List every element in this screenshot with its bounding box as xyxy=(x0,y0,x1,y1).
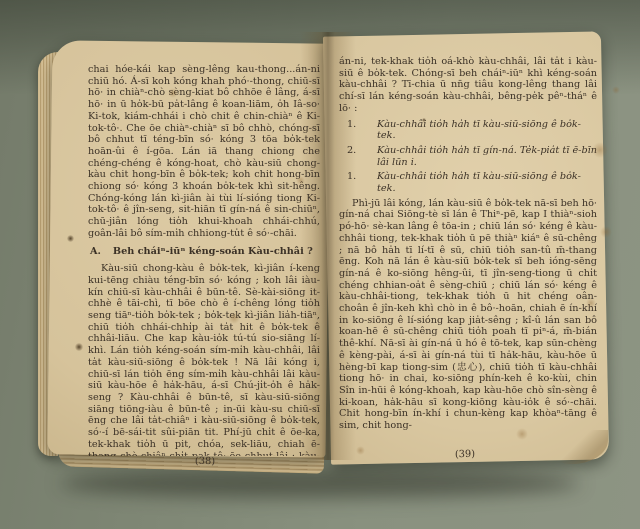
list-item: 1. Kàu-chhâi tio̍h ha̍h tī kàu-siū-siōng… xyxy=(339,119,597,142)
list-item-number: 1. xyxy=(339,171,377,194)
list-item: 1. Kàu-chhâi tio̍h ha̍h tī kàu-siū-siōng… xyxy=(339,171,597,194)
list-item-text: Kàu-chhâi tio̍h ha̍h tī kàu-siū-siōng ê … xyxy=(377,119,597,142)
list-item-number: 1. xyxy=(339,119,377,142)
section-heading-title: Beh cháiⁿ-iūⁿ kéng-soán Kàu-chhâi ? xyxy=(113,246,313,257)
section-heading-label: A. xyxy=(90,246,101,257)
list-item-text: Kàu-chhâi tio̍h ha̍h tī kàu-siū-siōng ê … xyxy=(377,171,597,194)
open-book-photo: chai hóe-kái kap sèng-lêng kau-thong...á… xyxy=(0,0,640,529)
section-heading: A.Beh cháiⁿ-iūⁿ kéng-soán Kàu-chhâi ? xyxy=(90,246,320,258)
paragraph-continuation: án-ni, tek-khak tio̍h oá-khò kàu-chhâi, … xyxy=(339,56,597,115)
left-page-text-block: chai hóe-kái kap sèng-lêng kau-thong...á… xyxy=(88,64,320,456)
list-item-number: 2. xyxy=(339,145,377,168)
paragraph: Kàu-siū chong-kàu ê bo̍k-tek, kì-jiân í-… xyxy=(88,263,320,456)
paragraph-continuation: chai hóe-kái kap sèng-lêng kau-thong...á… xyxy=(88,64,320,240)
list-item-text: Kàu-chhâi tio̍h ha̍h tī gín-ná. Te̍k-pia… xyxy=(377,145,597,168)
right-page-text-block: án-ni, tek-khak tio̍h oá-khò kàu-chhâi, … xyxy=(339,56,597,454)
page-number-right: (39) xyxy=(410,448,520,461)
list-item: 2. Kàu-chhâi tio̍h ha̍h tī gín-ná. Te̍k-… xyxy=(339,145,597,168)
paragraph: Phì-jū lâi kóng, lán kàu-siū ê bo̍k-tek … xyxy=(339,198,597,432)
numbered-list: 1. Kàu-chhâi tio̍h ha̍h tī kàu-siū-siōng… xyxy=(339,119,597,195)
age-spot xyxy=(612,86,620,94)
page-number-left: (38) xyxy=(150,455,260,467)
